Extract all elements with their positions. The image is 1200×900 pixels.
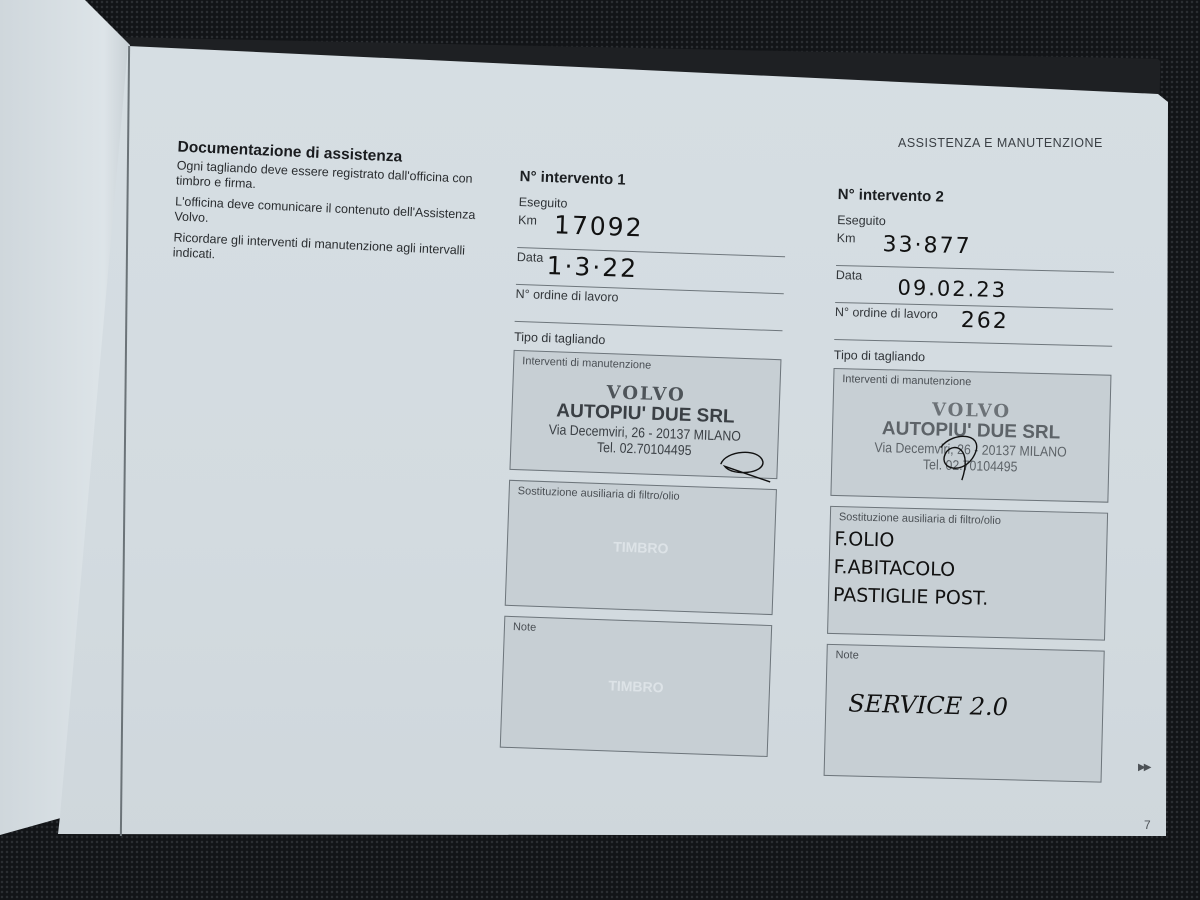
intro-paragraph: Ricordare gli interventi di manutenzione…	[172, 230, 483, 274]
filter-oil-handwriting: F.OLIO F.ABITACOLO PASTIGLIE POST.	[833, 525, 990, 613]
notes-label: Note	[835, 649, 859, 662]
page-content: ASSISTENZA E MANUTENZIONE Documentazione…	[0, 0, 1200, 900]
next-page-icon: ▶▶	[1138, 762, 1149, 773]
maintenance-stamp-box: Interventi di manutenzione VOLVO AUTOPIU…	[830, 368, 1111, 503]
km-value: 17092	[554, 210, 644, 242]
work-order-label: N° ordine di lavoro	[835, 305, 938, 322]
km-label: Km	[837, 231, 856, 245]
filter-oil-label: Sostituzione ausiliaria di filtro/olio	[518, 485, 680, 503]
maintenance-label: Interventi di manutenzione	[842, 373, 971, 388]
km-value: 33·877	[882, 232, 972, 259]
notes-label: Note	[513, 621, 537, 634]
date-label: Data	[836, 268, 863, 283]
filter-oil-box: Sostituzione ausiliaria di filtro/olio T…	[505, 480, 777, 615]
notes-box: Note SERVICE 2.0	[824, 644, 1105, 783]
date-value: 1·3·22	[546, 251, 638, 283]
intro-section: Documentazione di assistenza Ogni taglia…	[162, 138, 487, 280]
intervention-title: N° intervento 2	[838, 186, 1116, 210]
service-type-label: Tipo di tagliando	[514, 330, 782, 353]
work-order-field[interactable]: N° ordine di lavoro 262	[834, 303, 1113, 347]
maintenance-stamp-box: Interventi di manutenzione VOLVO AUTOPIU…	[509, 350, 781, 479]
notes-handwriting: SERVICE 2.0	[848, 689, 1008, 721]
section-header: ASSISTENZA E MANUTENZIONE	[898, 136, 1103, 150]
work-order-label: N° ordine di lavoro	[515, 287, 618, 305]
handwritten-line: PASTIGLIE POST.	[833, 581, 989, 613]
date-value: 09.02.23	[897, 275, 1007, 302]
intervention-1: N° intervento 1 Eseguito Km 17092 Data 1…	[499, 168, 787, 767]
filter-oil-box: Sostituzione ausiliaria di filtro/olio F…	[827, 506, 1108, 641]
signature-icon	[714, 442, 775, 484]
intervention-2: N° intervento 2 Eseguito Km 33·877 Data …	[823, 186, 1116, 793]
handwritten-line: F.ABITACOLO	[833, 553, 989, 585]
work-order-field[interactable]: N° ordine di lavoro	[515, 285, 784, 331]
filter-oil-label: Sostituzione ausiliaria di filtro/olio	[839, 511, 1001, 527]
intervention-title: N° intervento 1	[519, 168, 787, 194]
handwritten-line: F.OLIO	[834, 525, 990, 557]
signature-icon	[932, 427, 993, 484]
stamp-watermark: TIMBRO	[508, 535, 774, 560]
work-order-value: 262	[960, 308, 1009, 334]
page-number: 7	[1144, 818, 1151, 832]
maintenance-label: Interventi di manutenzione	[522, 355, 651, 371]
service-type-label: Tipo di tagliando	[834, 348, 1112, 369]
km-label: Km	[518, 213, 537, 228]
date-label: Data	[517, 250, 544, 265]
stamp-watermark: TIMBRO	[503, 674, 769, 699]
notes-box: Note TIMBRO	[500, 616, 772, 757]
